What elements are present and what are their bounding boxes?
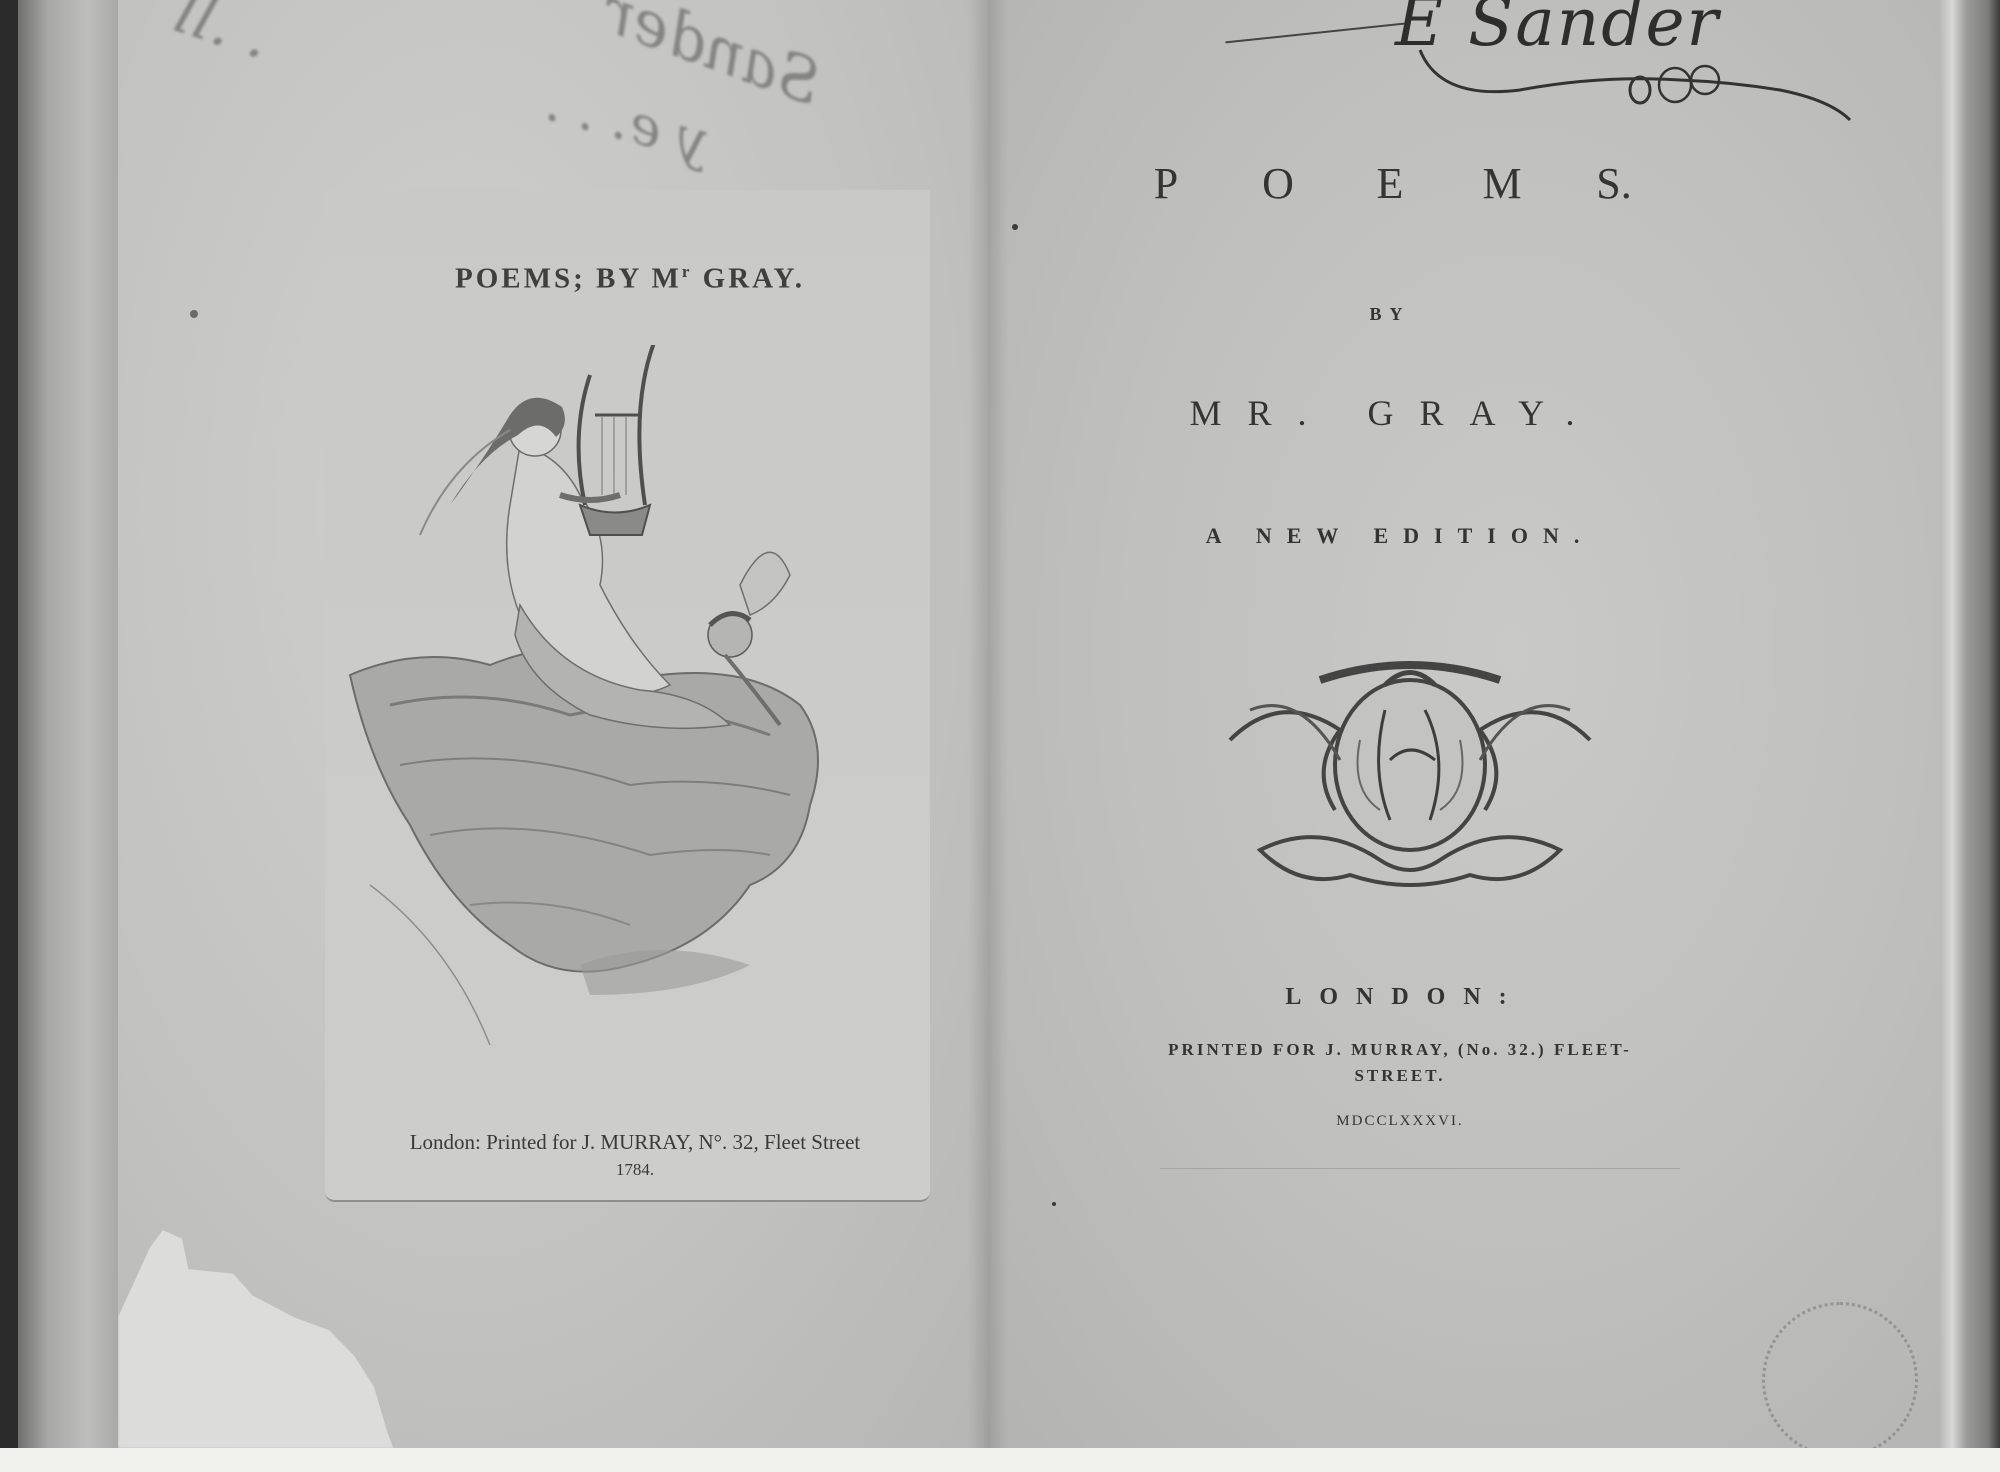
imprint-line-1: PRINTED FOR J. MURRAY, (No. 32.) FLEET- (1168, 1040, 1632, 1059)
frontispiece-imprint: London: Printed for J. MURRAY, N°. 32, F… (340, 1128, 930, 1184)
book-title: POEMS. (1110, 158, 1670, 209)
title-letter: M (1446, 158, 1558, 209)
library-stamp (1762, 1302, 1918, 1448)
edition-statement: A NEW EDITION. (1190, 523, 1610, 549)
imprint-line: London: Printed for J. MURRAY, N°. 32, F… (410, 1130, 861, 1154)
imprint-line-2: STREET. (1354, 1066, 1445, 1085)
signature-flourish (1400, 40, 1860, 130)
book-board-left (18, 0, 118, 1448)
page-edges-right (1940, 0, 2000, 1448)
page-rule (1160, 1168, 1680, 1169)
imprint-year-roman: MDCCLXXXVI. (1290, 1113, 1510, 1130)
title-letter: P (1110, 158, 1222, 209)
photo-margin (0, 1448, 2000, 1472)
frontispiece-title: POEMS; BY Mr GRAY. (420, 262, 840, 296)
imprint-printer: PRINTED FOR J. MURRAY, (No. 32.) FLEET- … (1130, 1037, 1670, 1089)
author-name: MR. GRAY. (1160, 392, 1630, 434)
book-photograph: ll. . Sander y e. . . POEMS; BY Mr GRAY. (0, 0, 2000, 1448)
title-letter: S. (1558, 158, 1670, 209)
ink-speck (190, 310, 198, 318)
ink-speck (1052, 1202, 1056, 1206)
muse-with-lyre-engraving (330, 345, 850, 1090)
imprint-year: 1784. (340, 1156, 930, 1184)
binding-shadow (0, 0, 18, 1448)
monogram-vignette (1220, 650, 1600, 895)
by-line: BY (1330, 304, 1450, 325)
title-letter: O (1222, 158, 1334, 209)
imprint-place: LONDON: (1270, 984, 1540, 1011)
book-gutter (968, 0, 1008, 1448)
ink-speck (1012, 224, 1018, 230)
title-letter: E (1334, 158, 1446, 209)
